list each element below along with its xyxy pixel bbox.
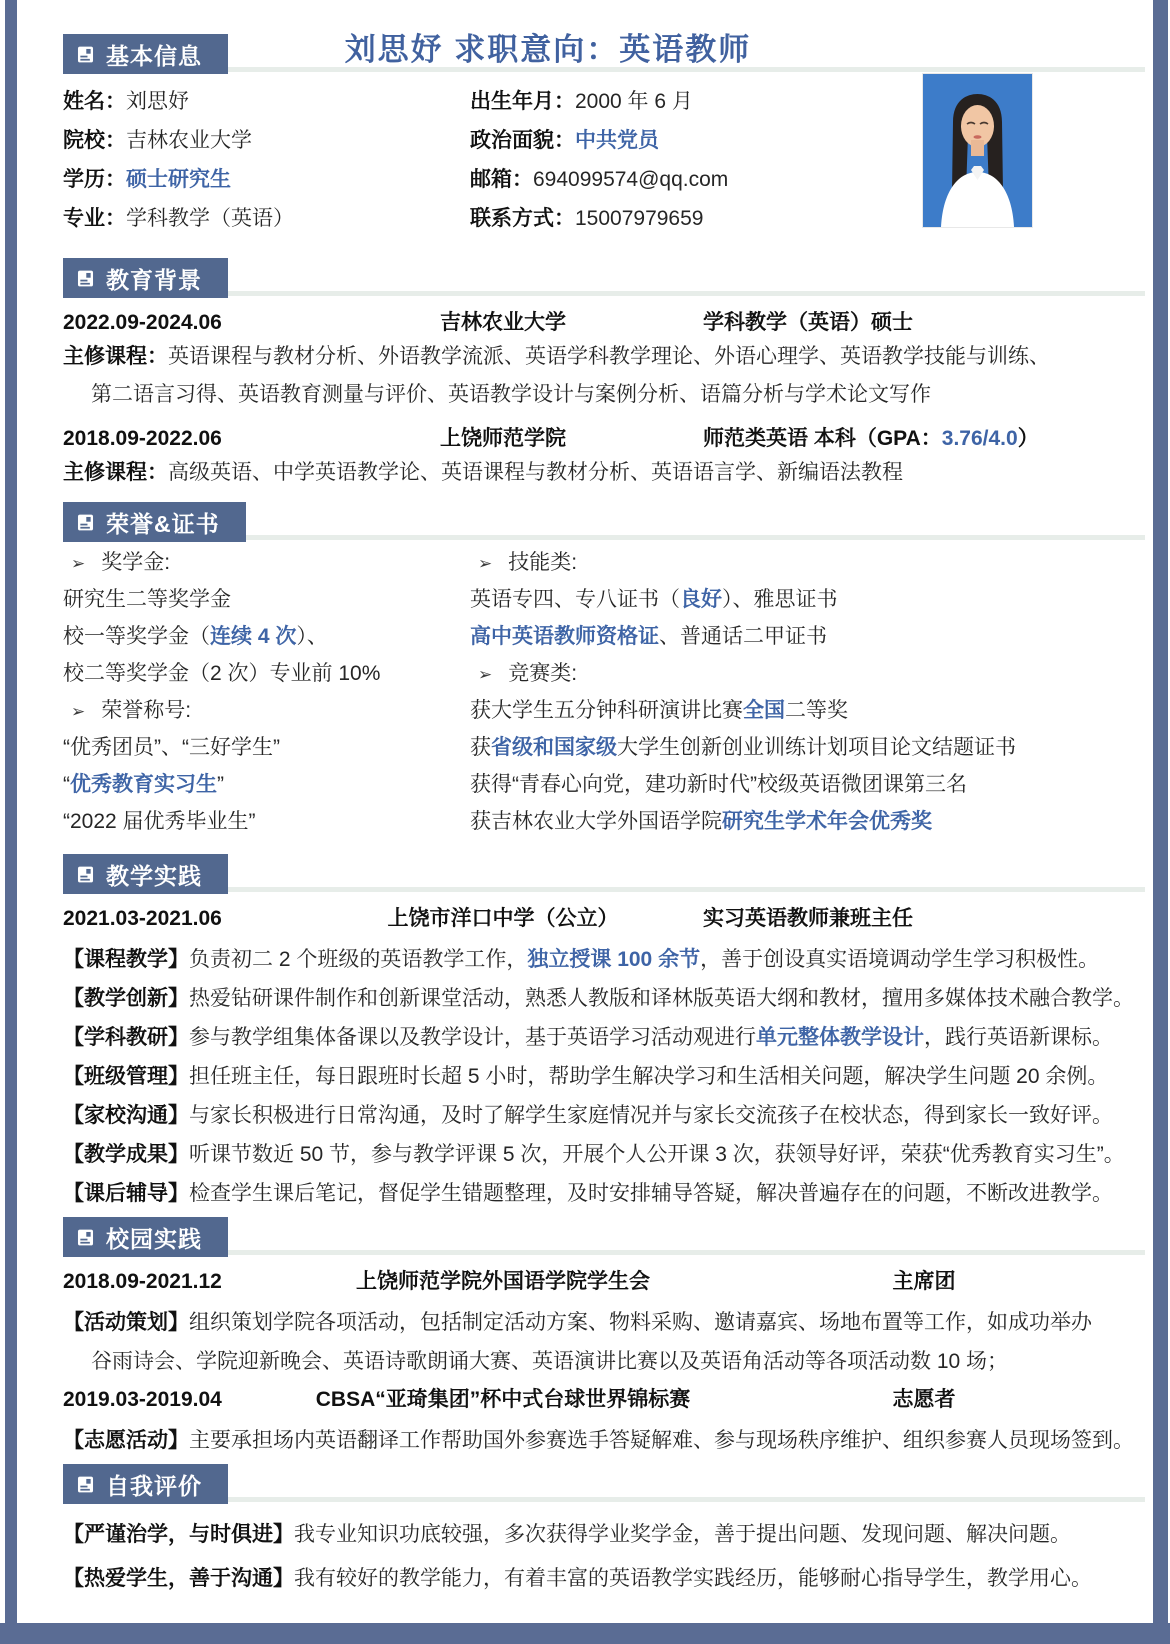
item-text: 谷雨诗会、学院迎新晚会、英语诗歌朗诵大赛、英语演讲比赛以及英语角活动等各项活动数… bbox=[91, 1350, 1008, 1373]
honor-text: ）、雅思证书 bbox=[722, 588, 838, 611]
item-text: 听课节数近 50 节，参与教学评课 5 次，开展个人公开课 3 次，获领导好评，… bbox=[189, 1143, 1125, 1166]
honor-text: 校二等奖学金（2 次）专业前 10% bbox=[63, 662, 380, 685]
resume-card-icon bbox=[76, 1228, 95, 1247]
field-value: 吉林农业大学 bbox=[126, 129, 252, 152]
arrow-bullet-icon: ➢ bbox=[63, 549, 85, 579]
courses-text: 第二语言习得、英语教育测量与评价、英语教学设计与案例分析、语篇分析与学术论文写作 bbox=[91, 383, 931, 406]
entry-date: 2019.03-2019.04 bbox=[63, 1385, 303, 1415]
section-header-teaching: 教学实践 bbox=[63, 852, 1145, 894]
honor-accent: 全国 bbox=[743, 699, 785, 722]
honors-left-column: ➢奖学金: 研究生二等奖学金 校一等奖学金（连续 4 次）、 校二等奖学金（2 … bbox=[63, 548, 470, 844]
item-tag: 【家校沟通】 bbox=[63, 1104, 189, 1127]
info-row-email: 邮箱：694099574@qq.com bbox=[470, 166, 1145, 205]
honor-accent: 高中英语教师资格证 bbox=[470, 625, 659, 648]
arrow-bullet-icon: ➢ bbox=[63, 697, 85, 727]
teaching-item: 【课程教学】负责初二 2 个班级的英语教学工作，独立授课 100 余节，善于创设… bbox=[63, 947, 1145, 973]
courses-label: 主修课程： bbox=[63, 461, 168, 484]
honor-item: “2022 届优秀毕业生” bbox=[63, 807, 470, 844]
courses-text: 英语课程与教材分析、外语教学流派、英语学科教学理论、外语心理学、英语教学技能与训… bbox=[168, 345, 1050, 368]
item-tag: 【严谨治学，与时俱进】 bbox=[63, 1523, 294, 1546]
field-value: 15007979659 bbox=[575, 207, 703, 230]
field-label: 邮箱： bbox=[470, 168, 533, 191]
basic-left-column: 姓名：刘思妤 院校：吉林农业大学 学历：硕士研究生 专业：学科教学（英语） bbox=[63, 88, 470, 244]
education-entry-head: 2018.09-2022.06 上饶师范学院 师范类英语 本科（GPA：3.76… bbox=[63, 424, 1145, 454]
section-basic-info: 姓名：刘思妤 院校：吉林农业大学 学历：硕士研究生 专业：学科教学（英语） 出生… bbox=[63, 74, 1145, 248]
honor-text: ）、 bbox=[296, 625, 328, 648]
entry-date: 2021.03-2021.06 bbox=[63, 904, 303, 934]
field-label: 政治面貌： bbox=[470, 129, 575, 152]
teaching-item: 【学科教研】参与教学组集体备课以及教学设计，基于英语学习活动观进行单元整体教学设… bbox=[63, 1025, 1145, 1051]
entry-school: 吉林农业大学 bbox=[303, 308, 703, 338]
honor-item: 校二等奖学金（2 次）专业前 10% bbox=[63, 659, 470, 696]
left-edge-strip bbox=[5, 0, 17, 1644]
campus-item: 【志愿活动】主要承担场内英语翻译工作帮助国外参赛选手答疑解难、参与现场秩序维护、… bbox=[63, 1428, 1145, 1454]
evaluation-item: 【热爱学生，善于沟通】我有较好的教学能力，有着丰富的英语教学实践经历，能够耐心指… bbox=[63, 1566, 1145, 1592]
field-value: 694099574@qq.com bbox=[533, 168, 728, 191]
campus-entry-head: 2019.03-2019.04 CBSA“亚琦集团”杯中式台球世界锦标赛 志愿者 bbox=[63, 1385, 1145, 1415]
honor-text: “2022 届优秀毕业生” bbox=[63, 810, 256, 833]
item-text: 与家长积极进行日常沟通，及时了解学生家庭情况并与家长交流孩子在校状态，得到家长一… bbox=[189, 1104, 1113, 1127]
section-title: 教育背景 bbox=[106, 262, 202, 295]
entry-date: 2018.09-2021.12 bbox=[63, 1267, 303, 1297]
entry-degree: 学科教学（英语）硕士 bbox=[703, 308, 1145, 338]
section-header-education: 教育背景 bbox=[63, 256, 1145, 298]
campus-badge: 校园实践 bbox=[63, 1217, 228, 1257]
honor-item: “优秀团员”、“三好学生” bbox=[63, 733, 470, 770]
honor-text: 获大学生五分钟科研演讲比赛 bbox=[470, 699, 743, 722]
section-header-honors: 荣誉&证书 bbox=[63, 500, 1145, 542]
basic-info-badge: 基本信息 bbox=[63, 34, 228, 74]
teaching-item: 【课后辅导】检查学生课后笔记，督促学生错题整理，及时安排辅导答疑，解决普遍存在的… bbox=[63, 1181, 1145, 1207]
entry-org: 上饶市洋口中学（公立） bbox=[303, 904, 703, 934]
resume-card-icon bbox=[76, 1475, 95, 1494]
basic-right-column: 出生年月：2000 年 6 月 政治面貌：中共党员 邮箱：694099574@q… bbox=[470, 88, 1145, 244]
item-text: 负责初二 2 个班级的英语教学工作， bbox=[189, 948, 527, 971]
item-text: 主要承担场内英语翻译工作帮助国外参赛选手答疑解难、参与现场秩序维护、组织参赛人员… bbox=[189, 1429, 1134, 1452]
info-row-birth: 出生年月：2000 年 6 月 bbox=[470, 88, 1145, 127]
section-title: 校园实践 bbox=[106, 1221, 202, 1254]
footer-bar bbox=[0, 1623, 1170, 1644]
courses-label: 主修课程： bbox=[63, 345, 168, 368]
teaching-item: 【教学创新】热爱钻研课件制作和创新课堂活动，熟悉人教版和译林版英语大纲和教材，擅… bbox=[63, 986, 1145, 1012]
honor-text: ” bbox=[217, 773, 224, 796]
honor-text: 研究生二等奖学金 bbox=[63, 588, 231, 611]
item-text: 热爱钻研课件制作和创新课堂活动，熟悉人教版和译林版英语大纲和教材，擅用多媒体技术… bbox=[189, 987, 1134, 1010]
entry-org: 上饶师范学院外国语学院学生会 bbox=[303, 1267, 703, 1297]
item-text: ，善于创设真实语境调动学生学习积极性。 bbox=[700, 948, 1099, 971]
item-text: ，践行英语新课标。 bbox=[924, 1026, 1113, 1049]
honor-text: 获 bbox=[470, 736, 491, 759]
honor-text: “ bbox=[63, 773, 70, 796]
honor-text: 校一等奖学金（ bbox=[63, 625, 210, 648]
info-row-phone: 联系方式：15007979659 bbox=[470, 205, 1145, 244]
honor-item: 高中英语教师资格证、普通话二甲证书 bbox=[470, 622, 1145, 659]
honor-item: 英语专四、专八证书（良好）、雅思证书 bbox=[470, 585, 1145, 622]
item-text: 检查学生课后笔记，督促学生错题整理，及时安排辅导答疑，解决普遍存在的问题，不断改… bbox=[189, 1182, 1113, 1205]
honor-text: 获得“青春心向党，建功新时代”校级英语微团课第三名 bbox=[470, 773, 967, 796]
entry-degree: 师范类英语 本科（GPA：3.76/4.0） bbox=[703, 424, 1145, 454]
arrow-bullet-icon: ➢ bbox=[470, 660, 492, 690]
honors-badge: 荣誉&证书 bbox=[63, 502, 246, 542]
profile-photo bbox=[923, 74, 1032, 227]
resume-card-icon bbox=[76, 865, 95, 884]
section-teaching: 2021.03-2021.06 上饶市洋口中学（公立） 实习英语教师兼班主任 【… bbox=[63, 904, 1145, 1207]
section-header-basic: 基本信息 bbox=[63, 32, 1145, 74]
info-row-political: 政治面貌：中共党员 bbox=[470, 127, 1145, 166]
field-label: 院校： bbox=[63, 129, 126, 152]
honor-category: ➢技能类: bbox=[470, 548, 1145, 585]
honor-item: 获得“青春心向党，建功新时代”校级英语微团课第三名 bbox=[470, 770, 1145, 807]
courses-text: 高级英语、中学英语教学论、英语课程与教材分析、英语语言学、新编语法教程 bbox=[168, 461, 903, 484]
honor-item: 获大学生五分钟科研演讲比赛全国二等奖 bbox=[470, 696, 1145, 733]
field-value: 学科教学（英语） bbox=[126, 207, 294, 230]
courses-line: 主修课程：英语课程与教材分析、外语教学流派、英语学科教学理论、外语心理学、英语教… bbox=[63, 338, 1145, 376]
field-label: 联系方式： bbox=[470, 207, 575, 230]
section-education: 2022.09-2024.06 吉林农业大学 学科教学（英语）硕士 主修课程：英… bbox=[63, 308, 1145, 492]
campus-item: 【活动策划】组织策划学院各项活动，包括制定活动方案、物料采购、邀请嘉宾、场地布置… bbox=[63, 1310, 1145, 1336]
category-label: 技能类: bbox=[508, 551, 577, 574]
section-title: 自我评价 bbox=[106, 1468, 202, 1501]
entry-role: 志愿者 bbox=[703, 1385, 1145, 1415]
honor-text: 获吉林农业大学外国语学院 bbox=[470, 810, 722, 833]
field-value: 2000 年 6 月 bbox=[575, 90, 693, 113]
honor-text: 大学生创新创业训练计划项目论文结题证书 bbox=[617, 736, 1016, 759]
section-evaluation: 【严谨治学，与时俱进】我专业知识功底较强，多次获得学业奖学金，善于提出问题、发现… bbox=[63, 1522, 1145, 1592]
education-entry-head: 2022.09-2024.06 吉林农业大学 学科教学（英语）硕士 bbox=[63, 308, 1145, 338]
resume-card-icon bbox=[76, 45, 95, 64]
info-row-degree: 学历：硕士研究生 bbox=[63, 166, 470, 205]
item-accent: 独立授课 100 余节 bbox=[527, 948, 700, 971]
honor-text: 英语专四、专八证书（ bbox=[470, 588, 680, 611]
item-tag: 【活动策划】 bbox=[63, 1311, 189, 1334]
degree-text: ） bbox=[1018, 427, 1039, 450]
item-text: 担任班主任，每日跟班时长超 5 小时，帮助学生解决学习和生活相关问题，解决学生问… bbox=[189, 1065, 1108, 1088]
teaching-item: 【班级管理】担任班主任，每日跟班时长超 5 小时，帮助学生解决学习和生活相关问题… bbox=[63, 1064, 1145, 1090]
honor-category: ➢竞赛类: bbox=[470, 659, 1145, 696]
field-label: 姓名： bbox=[63, 90, 126, 113]
header-row: 刘思妤 求职意向：英语教师 基本信息 bbox=[63, 26, 1145, 74]
honor-category: ➢荣誉称号: bbox=[63, 696, 470, 733]
right-edge-strip bbox=[1153, 0, 1168, 1644]
teaching-badge: 教学实践 bbox=[63, 854, 228, 894]
education-badge: 教育背景 bbox=[63, 258, 228, 298]
teaching-item: 【家校沟通】与家长积极进行日常沟通，及时了解学生家庭情况并与家长交流孩子在校状态… bbox=[63, 1103, 1145, 1129]
honor-item: 校一等奖学金（连续 4 次）、 bbox=[63, 622, 470, 659]
item-tag: 【志愿活动】 bbox=[63, 1429, 189, 1452]
honor-item: 研究生二等奖学金 bbox=[63, 585, 470, 622]
entry-role: 实习英语教师兼班主任 bbox=[703, 904, 1145, 934]
section-campus: 2018.09-2021.12 上饶师范学院外国语学院学生会 主席团 【活动策划… bbox=[63, 1267, 1145, 1454]
resume-card-icon bbox=[76, 513, 95, 532]
section-honors: ➢奖学金: 研究生二等奖学金 校一等奖学金（连续 4 次）、 校二等奖学金（2 … bbox=[63, 542, 1145, 844]
entry-role: 主席团 bbox=[703, 1267, 1145, 1297]
info-row-school: 院校：吉林农业大学 bbox=[63, 127, 470, 166]
item-text: 参与教学组集体备课以及教学设计，基于英语学习活动观进行 bbox=[189, 1026, 756, 1049]
category-label: 竞赛类: bbox=[508, 662, 577, 685]
arrow-bullet-icon: ➢ bbox=[470, 549, 492, 579]
info-row-name: 姓名：刘思妤 bbox=[63, 88, 470, 127]
courses-line: 主修课程：高级英语、中学英语教学论、英语课程与教材分析、英语语言学、新编语法教程 bbox=[63, 454, 1145, 492]
honor-accent: 连续 4 次 bbox=[210, 625, 296, 648]
item-tag: 【热爱学生，善于沟通】 bbox=[63, 1567, 294, 1590]
honor-text: 二等奖 bbox=[785, 699, 848, 722]
honor-item: 获吉林农业大学外国语学院研究生学术年会优秀奖 bbox=[470, 807, 1145, 844]
honor-item: 获省级和国家级大学生创新创业训练计划项目论文结题证书 bbox=[470, 733, 1145, 770]
evaluation-item: 【严谨治学，与时俱进】我专业知识功底较强，多次获得学业奖学金，善于提出问题、发现… bbox=[63, 1522, 1145, 1548]
section-title: 基本信息 bbox=[106, 38, 202, 71]
section-title: 教学实践 bbox=[106, 858, 202, 891]
gpa-value: 3.76/4.0 bbox=[942, 427, 1018, 450]
honor-category: ➢奖学金: bbox=[63, 548, 470, 585]
field-label: 专业： bbox=[63, 207, 126, 230]
category-label: 奖学金: bbox=[101, 551, 170, 574]
item-tag: 【课程教学】 bbox=[63, 948, 189, 971]
item-tag: 【教学成果】 bbox=[63, 1143, 189, 1166]
teaching-entry-head: 2021.03-2021.06 上饶市洋口中学（公立） 实习英语教师兼班主任 bbox=[63, 904, 1145, 934]
teaching-item: 【教学成果】听课节数近 50 节，参与教学评课 5 次，开展个人公开课 3 次，… bbox=[63, 1142, 1145, 1168]
field-label: 学历： bbox=[63, 168, 126, 191]
field-value: 硕士研究生 bbox=[126, 168, 231, 191]
section-title: 荣誉&证书 bbox=[106, 506, 220, 539]
section-header-campus: 校园实践 bbox=[63, 1215, 1145, 1257]
entry-school: 上饶师范学院 bbox=[303, 424, 703, 454]
honor-accent: 良好 bbox=[680, 588, 722, 611]
item-text: 组织策划学院各项活动，包括制定活动方案、物料采购、邀请嘉宾、场地布置等工作，如成… bbox=[189, 1311, 1092, 1334]
degree-text: 师范类英语 本科（GPA： bbox=[703, 427, 942, 450]
resume-card-icon bbox=[76, 269, 95, 288]
honor-accent: 优秀教育实习生 bbox=[70, 773, 217, 796]
item-tag: 【班级管理】 bbox=[63, 1065, 189, 1088]
item-text: 我有较好的教学能力，有着丰富的英语教学实践经历，能够耐心指导学生，教学用心。 bbox=[294, 1567, 1092, 1590]
field-value: 中共党员 bbox=[575, 129, 659, 152]
resume-page: 刘思妤 求职意向：英语教师 基本信息 姓名：刘思妤 院校：吉林农业大学 学历：硕… bbox=[63, 26, 1145, 1602]
campus-entry-head: 2018.09-2021.12 上饶师范学院外国语学院学生会 主席团 bbox=[63, 1267, 1145, 1297]
entry-date: 2018.09-2022.06 bbox=[63, 424, 303, 454]
item-tag: 【课后辅导】 bbox=[63, 1182, 189, 1205]
entry-date: 2022.09-2024.06 bbox=[63, 308, 303, 338]
item-text: 我专业知识功底较强，多次获得学业奖学金，善于提出问题、发现问题、解决问题。 bbox=[294, 1523, 1071, 1546]
field-value: 刘思妤 bbox=[126, 90, 189, 113]
entry-org: CBSA“亚琦集团”杯中式台球世界锦标赛 bbox=[303, 1385, 703, 1415]
item-tag: 【教学创新】 bbox=[63, 987, 189, 1010]
honor-text: “优秀团员”、“三好学生” bbox=[63, 736, 280, 759]
honor-text: 、普通话二甲证书 bbox=[659, 625, 827, 648]
campus-item-continuation: 谷雨诗会、学院迎新晚会、英语诗歌朗诵大赛、英语演讲比赛以及英语角活动等各项活动数… bbox=[63, 1349, 1145, 1375]
honors-right-column: ➢技能类: 英语专四、专八证书（良好）、雅思证书 高中英语教师资格证、普通话二甲… bbox=[470, 548, 1145, 844]
item-tag: 【学科教研】 bbox=[63, 1026, 189, 1049]
field-label: 出生年月： bbox=[470, 90, 575, 113]
honor-accent: 研究生学术年会优秀奖 bbox=[722, 810, 932, 833]
info-row-major: 专业：学科教学（英语） bbox=[63, 205, 470, 244]
evaluation-badge: 自我评价 bbox=[63, 1464, 228, 1504]
honor-item: “优秀教育实习生” bbox=[63, 770, 470, 807]
honor-accent: 省级和国家级 bbox=[491, 736, 617, 759]
courses-line: 第二语言习得、英语教育测量与评价、英语教学设计与案例分析、语篇分析与学术论文写作 bbox=[63, 376, 1145, 414]
section-header-evaluation: 自我评价 bbox=[63, 1462, 1145, 1504]
item-accent: 单元整体教学设计 bbox=[756, 1026, 924, 1049]
category-label: 荣誉称号: bbox=[101, 699, 191, 722]
